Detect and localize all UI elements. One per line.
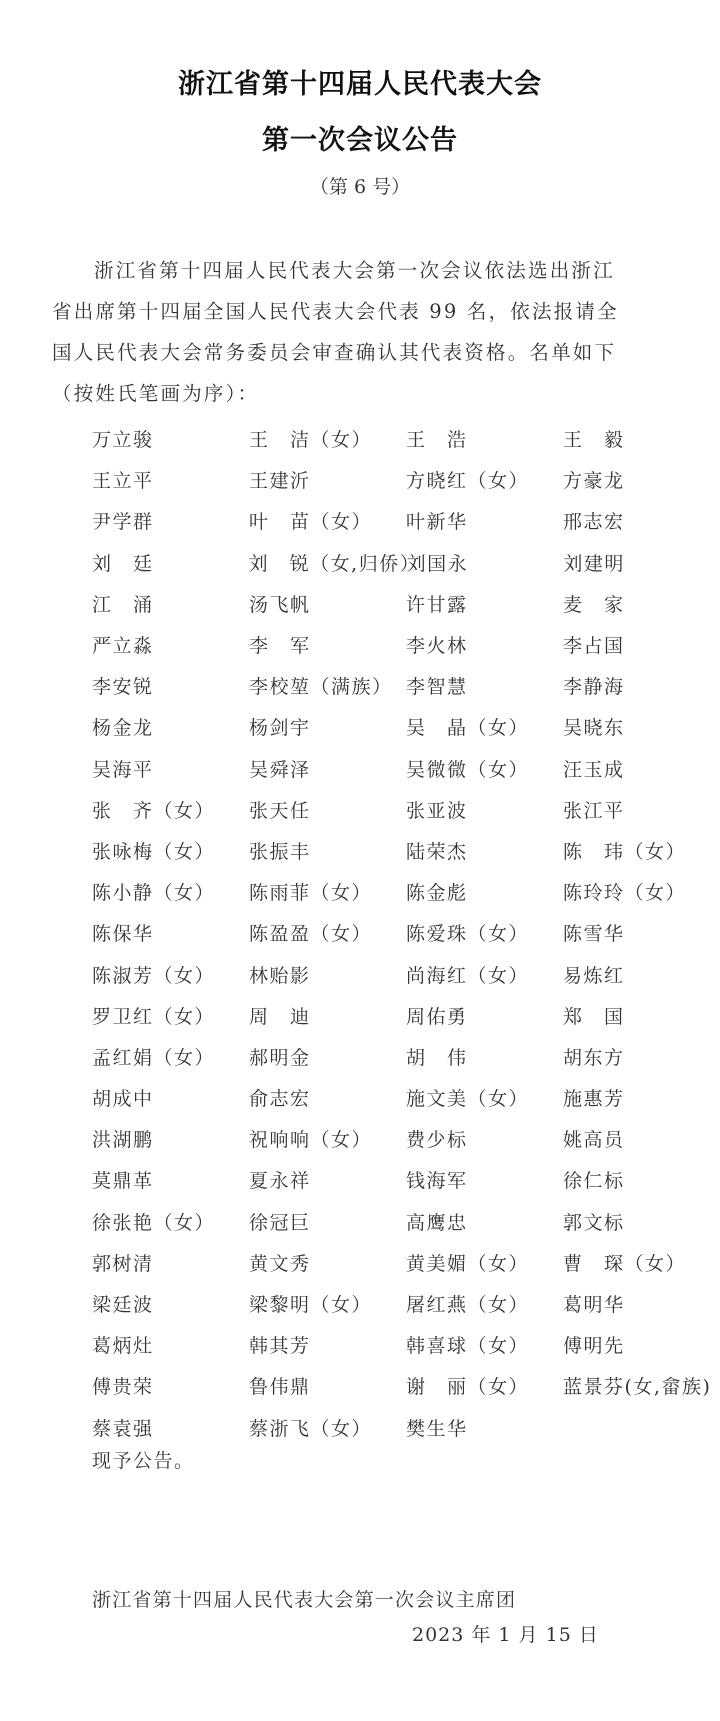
delegate-name: 陆荣杰 [406,837,563,864]
delegate-name: 傅明先 [563,1331,720,1358]
delegate-name: 陈小静（女） [92,878,249,905]
delegate-name: 杨剑宇 [249,713,406,740]
name-row: 蔡袁强蔡浙飞（女）樊生华 [92,1407,720,1448]
delegate-name: 林贻影 [249,961,406,988]
signer: 浙江省第十四届人民代表大会第一次会议主席团 [92,1585,516,1612]
name-row: 江 涌汤飞帆许甘露麦 家 [92,583,720,624]
delegate-name: 刘建明 [563,549,720,576]
delegate-name: 孟红娟（女） [92,1043,249,1070]
delegate-name: 姚高员 [563,1125,720,1152]
delegate-name: 俞志宏 [249,1084,406,1111]
delegate-name: 洪湖鹏 [92,1125,249,1152]
delegate-name-list: 万立骏王 洁（女）王 浩王 毅王立平王建沂方晓红（女）方豪龙尹学群叶 苗（女）叶… [92,418,720,1448]
delegate-name: 刘 廷 [92,549,249,576]
delegate-name: 周 迪 [249,1002,406,1029]
delegate-name: 梁黎明（女） [249,1290,406,1317]
delegate-name: 徐仁标 [563,1166,720,1193]
delegate-name: 李 军 [249,631,406,658]
delegate-name: 张亚波 [406,796,563,823]
delegate-name: 王 浩 [406,425,563,452]
delegate-name: 蔡袁强 [92,1414,249,1441]
name-row: 万立骏王 洁（女）王 浩王 毅 [92,418,720,459]
delegate-name: 郭树清 [92,1249,249,1276]
name-row: 莫鼎革夏永祥钱海军徐仁标 [92,1159,720,1200]
delegate-name: 祝响响（女） [249,1125,406,1152]
delegate-name: 易炼红 [563,961,720,988]
delegate-name: 蔡浙飞（女） [249,1414,406,1441]
page-title-line2: 第一次会议公告 [0,118,720,157]
delegate-name: 郑 国 [563,1002,720,1029]
delegate-name: 张天任 [249,796,406,823]
issue-number: （第 6 号） [0,172,720,199]
delegate-name: 鲁伟鼎 [249,1372,406,1399]
name-row: 陈保华陈盈盈（女）陈爱珠（女）陈雪华 [92,912,720,953]
delegate-name: 陈 玮（女） [563,837,720,864]
name-row: 刘 廷刘 锐（女,归侨）刘国永刘建明 [92,542,720,583]
delegate-name: 吴晓东 [563,713,720,740]
name-row: 徐张艳（女）徐冠巨高鹰忠郭文标 [92,1201,720,1242]
delegate-name: 施文美（女） [406,1084,563,1111]
intro-paragraph: 浙江省第十四届人民代表大会第一次会议依法选出浙江省出席第十四届全国人民代表大会代… [52,250,632,414]
name-row: 洪湖鹏祝响响（女）费少标姚高员 [92,1118,720,1159]
delegate-name: 张 齐（女） [92,796,249,823]
delegate-name: 周佑勇 [406,1002,563,1029]
delegate-name: 麦 家 [563,590,720,617]
delegate-name: 胡东方 [563,1043,720,1070]
delegate-name: 吴微微（女） [406,755,563,782]
delegate-name: 葛炳灶 [92,1331,249,1358]
delegate-name: 吴舜泽 [249,755,406,782]
delegate-name: 蓝景芬(女,畲族) [563,1372,720,1399]
delegate-name: 李火林 [406,631,563,658]
delegate-name: 严立淼 [92,631,249,658]
name-row: 王立平王建沂方晓红（女）方豪龙 [92,459,720,500]
delegate-name: 杨金龙 [92,713,249,740]
closing-statement: 现予公告。 [92,1446,195,1473]
name-row: 尹学群叶 苗（女）叶新华邢志宏 [92,500,720,541]
delegate-name: 刘 锐（女,归侨） [249,549,407,576]
delegate-name: 王 洁（女） [249,425,406,452]
name-row: 陈小静（女）陈雨菲（女）陈金彪陈玲玲（女） [92,871,720,912]
delegate-name: 夏永祥 [249,1166,406,1193]
delegate-name: 胡成中 [92,1084,249,1111]
name-row: 李安锐李校堃（满族）李智慧李静海 [92,665,720,706]
delegate-name: 刘国永 [407,549,564,576]
delegate-name: 尹学群 [92,507,249,534]
name-row: 张 齐（女）张天任张亚波张江平 [92,789,720,830]
delegate-name: 梁廷波 [92,1290,249,1317]
name-row: 吴海平吴舜泽吴微微（女）汪玉成 [92,748,720,789]
delegate-name: 黄美媚（女） [406,1249,563,1276]
delegate-name: 葛明华 [563,1290,720,1317]
delegate-name: 黄文秀 [249,1249,406,1276]
name-row: 陈淑芳（女）林贻影尚海红（女）易炼红 [92,953,720,994]
delegate-name: 韩喜球（女） [406,1331,563,1358]
delegate-name: 李智慧 [406,672,563,699]
name-row: 郭树清黄文秀黄美媚（女）曹 琛（女） [92,1242,720,1283]
delegate-name: 莫鼎革 [92,1166,249,1193]
delegate-name: 陈玲玲（女） [563,878,720,905]
delegate-name: 陈金彪 [406,878,563,905]
delegate-name: 胡 伟 [406,1043,563,1070]
name-row: 胡成中俞志宏施文美（女）施惠芳 [92,1077,720,1118]
name-row: 傅贵荣鲁伟鼎谢 丽（女）蓝景芬(女,畲族) [92,1365,720,1406]
delegate-name: 李占国 [563,631,720,658]
name-row: 罗卫红（女）周 迪周佑勇郑 国 [92,995,720,1036]
delegate-name: 陈雨菲（女） [249,878,406,905]
delegate-name: 张江平 [563,796,720,823]
delegate-name: 费少标 [406,1125,563,1152]
name-row: 葛炳灶韩其芳韩喜球（女）傅明先 [92,1324,720,1365]
delegate-name: 郭文标 [563,1208,720,1235]
name-row: 张咏梅（女）张振丰陆荣杰陈 玮（女） [92,830,720,871]
issue-date: 2023 年 1 月 15 日 [412,1620,599,1647]
delegate-name: 陈淑芳（女） [92,961,249,988]
delegate-name: 尚海红（女） [406,961,563,988]
delegate-name: 张咏梅（女） [92,837,249,864]
delegate-name: 万立骏 [92,425,249,452]
delegate-name: 钱海军 [406,1166,563,1193]
delegate-name: 李静海 [563,672,720,699]
delegate-name: 王建沂 [249,466,406,493]
delegate-name: 叶新华 [406,507,563,534]
name-row: 梁廷波梁黎明（女）屠红燕（女）葛明华 [92,1283,720,1324]
name-row: 孟红娟（女）郝明金胡 伟胡东方 [92,1036,720,1077]
delegate-name: 徐冠巨 [249,1208,406,1235]
delegate-name: 高鹰忠 [406,1208,563,1235]
delegate-name: 陈保华 [92,919,249,946]
delegate-name: 陈雪华 [563,919,720,946]
delegate-name: 汤飞帆 [249,590,406,617]
delegate-name: 韩其芳 [249,1331,406,1358]
delegate-name: 王立平 [92,466,249,493]
delegate-name: 陈爱珠（女） [406,919,563,946]
delegate-name: 李安锐 [92,672,249,699]
delegate-name: 李校堃（满族） [249,672,406,699]
delegate-name: 樊生华 [406,1414,563,1441]
page-title-line1: 浙江省第十四届人民代表大会 [0,62,720,101]
delegate-name: 吴海平 [92,755,249,782]
delegate-name: 方晓红（女） [406,466,563,493]
delegate-name: 罗卫红（女） [92,1002,249,1029]
delegate-name: 屠红燕（女） [406,1290,563,1317]
delegate-name: 徐张艳（女） [92,1208,249,1235]
delegate-name: 邢志宏 [563,507,720,534]
delegate-name: 施惠芳 [563,1084,720,1111]
delegate-name: 汪玉成 [563,755,720,782]
delegate-name: 吴 晶（女） [406,713,563,740]
delegate-name: 江 涌 [92,590,249,617]
delegate-name: 叶 苗（女） [249,507,406,534]
delegate-name: 许甘露 [406,590,563,617]
delegate-name: 方豪龙 [563,466,720,493]
delegate-name: 张振丰 [249,837,406,864]
name-row: 严立淼李 军李火林李占国 [92,624,720,665]
delegate-name: 傅贵荣 [92,1372,249,1399]
delegate-name: 曹 琛（女） [563,1249,720,1276]
delegate-name: 王 毅 [563,425,720,452]
name-row: 杨金龙杨剑宇吴 晶（女）吴晓东 [92,706,720,747]
delegate-name: 郝明金 [249,1043,406,1070]
delegate-name: 陈盈盈（女） [249,919,406,946]
delegate-name: 谢 丽（女） [406,1372,563,1399]
